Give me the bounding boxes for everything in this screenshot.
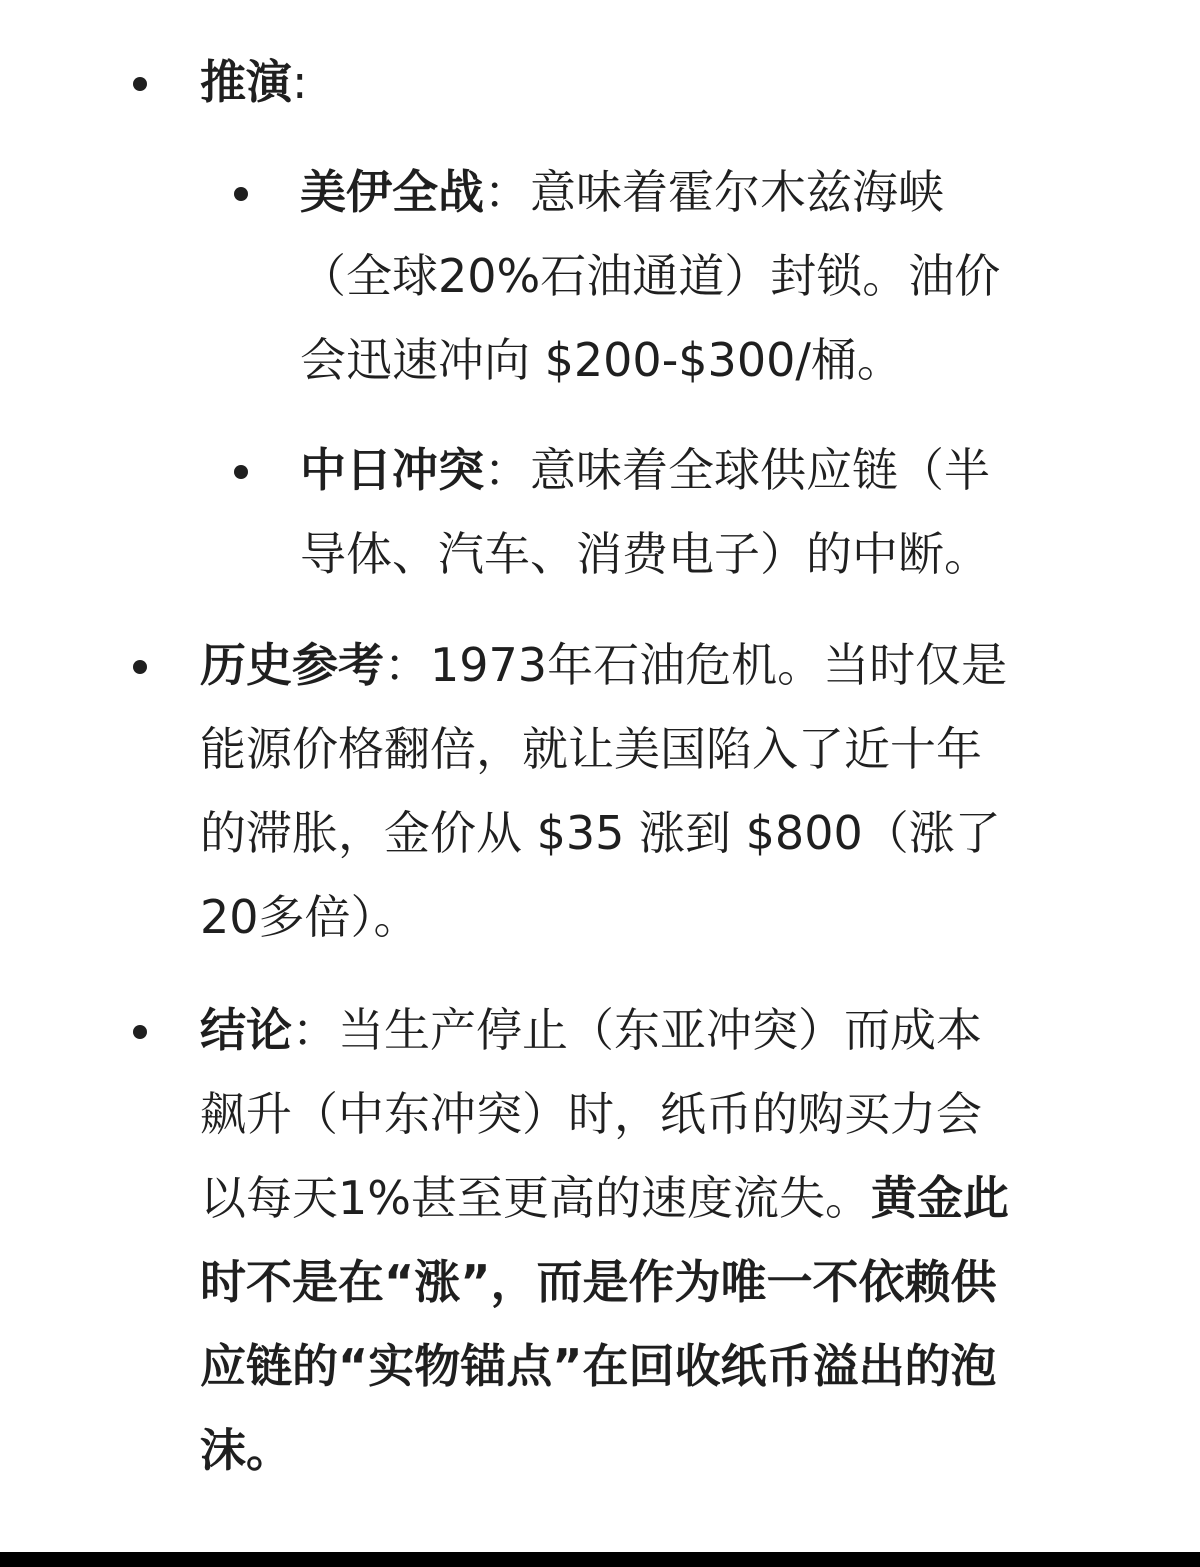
- item-sep: ：: [292, 1003, 338, 1057]
- item-label: 推演: [200, 55, 292, 109]
- list-item-deduction: 推演:: [200, 40, 308, 124]
- item-text-line: 飙升（中东冲突）时，纸币的购买力会: [200, 1072, 1009, 1156]
- bullet-icon: [234, 187, 248, 201]
- item-bold-text: 黄金此: [871, 1171, 1009, 1225]
- item-text-line: 当生产停止（东亚冲突）而成本: [338, 1003, 982, 1057]
- item-sep: :: [292, 55, 308, 109]
- item-label: 结论: [200, 1003, 292, 1057]
- list-item-history: 历史参考：1973年石油危机。当时仅是 能源价格翻倍，就让美国陷入了近十年 的滞…: [200, 623, 1007, 959]
- item-text-line: 1973年石油危机。当时仅是: [430, 638, 1007, 692]
- item-text-line: 20多倍）。: [200, 875, 1007, 959]
- item-text-line: 的滞胀，金价从 $35 涨到 $800（涨了: [200, 791, 1007, 875]
- item-bold-text: 沫。: [200, 1408, 1009, 1492]
- subitem-text-line: 会迅速冲向 $200-$300/桶。: [300, 318, 1000, 402]
- subitem-sep: ：: [484, 165, 530, 219]
- item-bold-text: 应链的“实物锚点”在回收纸币溢出的泡: [200, 1324, 1009, 1408]
- sublist-item-us-iran-war: 美伊全战：意味着霍尔木兹海峡 （全球20%石油通道）封锁。油价 会迅速冲向 $2…: [300, 150, 1000, 402]
- subitem-text-line: 意味着霍尔木兹海峡: [530, 165, 944, 219]
- item-text-line: 能源价格翻倍，就让美国陷入了近十年: [200, 707, 1007, 791]
- bottom-bar: [0, 1552, 1200, 1567]
- subitem-text-line: 导体、汽车、消费电子）的中断。: [300, 512, 990, 596]
- list-item-conclusion: 结论：当生产停止（东亚冲突）而成本 飙升（中东冲突）时，纸币的购买力会 以每天1…: [200, 988, 1009, 1492]
- item-text-line: 以每天1%甚至更高的速度流失。: [200, 1171, 871, 1225]
- subitem-label: 美伊全战: [300, 165, 484, 219]
- item-bold-text: 时不是在“涨”，而是作为唯一不依赖供: [200, 1240, 1009, 1324]
- bullet-icon: [234, 465, 248, 479]
- sublist-item-china-japan-conflict: 中日冲突：意味着全球供应链（半 导体、汽车、消费电子）的中断。: [300, 428, 990, 596]
- item-sep: ：: [384, 638, 430, 692]
- subitem-sep: ：: [484, 443, 530, 497]
- bullet-icon: [133, 77, 147, 91]
- bullet-icon: [133, 660, 147, 674]
- item-label: 历史参考: [200, 638, 384, 692]
- subitem-label: 中日冲突: [300, 443, 484, 497]
- subitem-text-line: 意味着全球供应链（半: [530, 443, 990, 497]
- bullet-icon: [133, 1025, 147, 1039]
- subitem-text-line: （全球20%石油通道）封锁。油价: [300, 234, 1000, 318]
